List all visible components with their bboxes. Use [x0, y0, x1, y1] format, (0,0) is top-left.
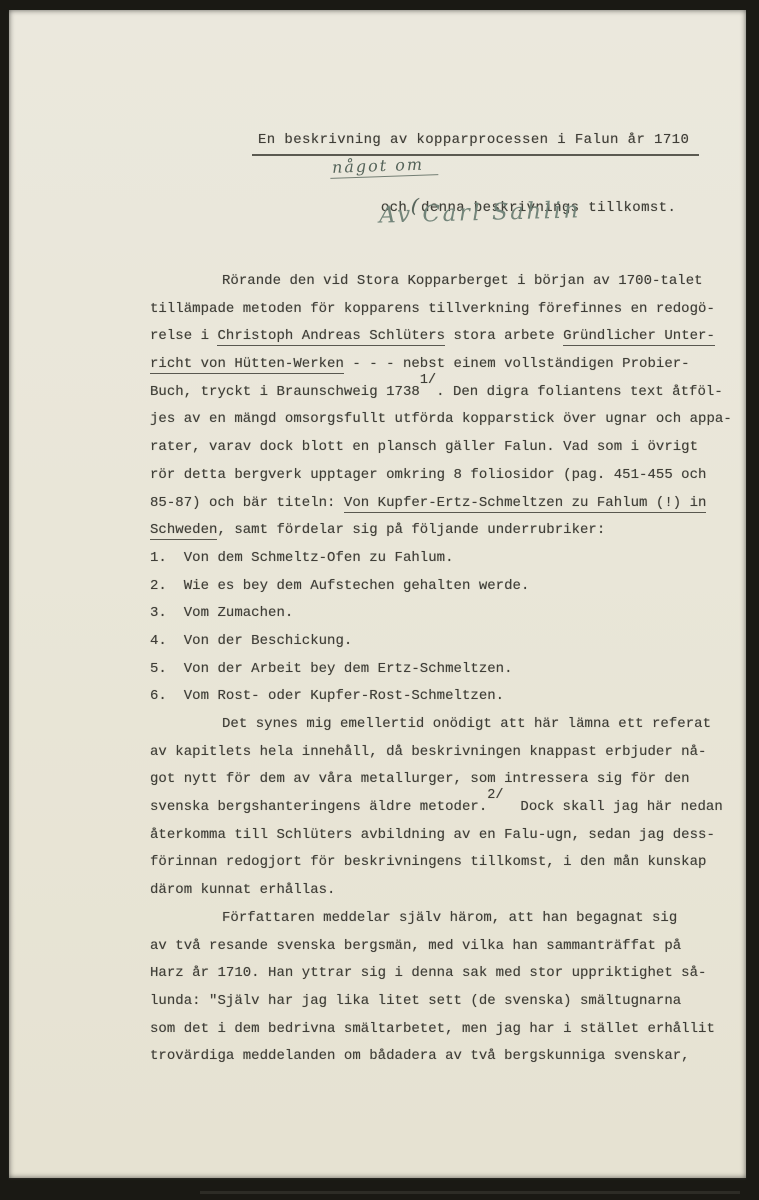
text-line: svenska bergshanteringens äldre metoder.…: [150, 794, 750, 822]
text-line: richt von Hütten-Werken - - - nebst eine…: [150, 351, 750, 379]
underlined-text: Von Kupfer-Ertz-Schmeltzen zu Fahlum (!)…: [344, 495, 707, 513]
text-line: därom kunnat erhållas.: [150, 877, 750, 905]
typed-text: förinnan redogjort för beskrivningens ti…: [150, 854, 706, 870]
text-line: 4. Von der Beschickung.: [150, 628, 750, 656]
typed-text: . Den digra foliantens text åtföl-: [436, 384, 723, 400]
typed-text: 6. Vom Rost- oder Kupfer-Rost-Schmeltzen…: [150, 688, 504, 704]
text-line: Författaren meddelar själv härom, att ha…: [150, 905, 750, 933]
typed-text: Buch, tryckt i Braunschweig 1738: [150, 384, 420, 400]
typed-text: av kapitlets hela innehåll, då beskrivni…: [150, 744, 706, 760]
typed-text: 85-87) och bär titeln:: [150, 495, 344, 511]
underlined-text: Christoph Andreas Schlüters: [217, 328, 445, 346]
typed-text: trovärdiga meddelanden om bådadera av tv…: [150, 1048, 690, 1064]
text-line: rater, varav dock blott en plansch gälle…: [150, 434, 750, 462]
handwritten-insertion: något om: [330, 154, 439, 179]
typed-text: därom kunnat erhållas.: [150, 882, 336, 898]
document-title: En beskrivning av kopparprocessen i Falu…: [252, 132, 699, 156]
typed-text: rater, varav dock blott en plansch gälle…: [150, 439, 698, 455]
typed-text: rör detta bergverk upptager omkring 8 fo…: [150, 467, 706, 483]
text-line: 3. Vom Zumachen.: [150, 600, 750, 628]
typed-text: lunda: "Själv har jag lika litet sett (d…: [150, 993, 681, 1009]
typed-text: 4. Von der Beschickung.: [150, 633, 352, 649]
typed-text: - - - nebst einem vollständigen Probier-: [344, 356, 690, 372]
text-line: Buch, tryckt i Braunschweig 17381/. Den …: [150, 379, 750, 407]
text-line: återkomma till Schlüters avbildning av e…: [150, 822, 750, 850]
scan-artifact-line: [200, 1191, 740, 1194]
typed-text: jes av en mängd omsorgsfullt utförda kop…: [150, 411, 732, 427]
text-line: Rörande den vid Stora Kopparberget i bör…: [150, 268, 750, 296]
text-line: 85-87) och bär titeln: Von Kupfer-Ertz-S…: [150, 490, 750, 518]
text-line: trovärdiga meddelanden om bådadera av tv…: [150, 1043, 750, 1071]
text-line: rör detta bergverk upptager omkring 8 fo…: [150, 462, 750, 490]
text-line: lunda: "Själv har jag lika litet sett (d…: [150, 988, 750, 1016]
typed-text: Harz år 1710. Han yttrar sig i denna sak…: [150, 965, 706, 981]
typed-text: got nytt för dem av våra metallurger, so…: [150, 771, 690, 787]
text-line: 1. Von dem Schmeltz-Ofen zu Fahlum.: [150, 545, 750, 573]
typed-text: stora arbete: [445, 328, 563, 344]
typed-text: Dock skall jag här nedan: [504, 799, 723, 815]
text-line: 2. Wie es bey dem Aufstechen gehalten we…: [150, 573, 750, 601]
document-page: En beskrivning av kopparprocessen i Falu…: [9, 10, 746, 1178]
underlined-text: Gründlicher Unter-: [563, 328, 715, 346]
typed-text: Rörande den vid Stora Kopparberget i bör…: [222, 273, 703, 289]
typed-text: av två resande svenska bergsmän, med vil…: [150, 938, 681, 954]
title-block: En beskrivning av kopparprocessen i Falu…: [252, 130, 699, 156]
byline-signature: Av Carl Sahlin: [379, 197, 581, 228]
text-line: 5. Von der Arbeit bey dem Ertz-Schmeltze…: [150, 656, 750, 684]
scan-background: En beskrivning av kopparprocessen i Falu…: [0, 0, 759, 1200]
footnote-marker: 1/: [420, 373, 436, 388]
typed-text: , samt fördelar sig på följande underrub…: [217, 522, 605, 538]
text-line: av två resande svenska bergsmän, med vil…: [150, 933, 750, 961]
text-line: förinnan redogjort för beskrivningens ti…: [150, 849, 750, 877]
text-line: tillämpade metoden för kopparens tillver…: [150, 296, 750, 324]
typed-text: 1. Von dem Schmeltz-Ofen zu Fahlum.: [150, 550, 454, 566]
typed-text: tillämpade metoden för kopparens tillver…: [150, 301, 715, 317]
text-line: Harz år 1710. Han yttrar sig i denna sak…: [150, 960, 750, 988]
footnote-marker: 2/: [487, 788, 503, 803]
typed-text: återkomma till Schlüters avbildning av e…: [150, 827, 715, 843]
text-line: 6. Vom Rost- oder Kupfer-Rost-Schmeltzen…: [150, 683, 750, 711]
text-line: av kapitlets hela innehåll, då beskrivni…: [150, 739, 750, 767]
text-line: Schweden, samt fördelar sig på följande …: [150, 517, 750, 545]
body-text: Rörande den vid Stora Kopparberget i bör…: [150, 268, 750, 1071]
typed-text: relse i: [150, 328, 217, 344]
text-line: Det synes mig emellertid onödigt att här…: [150, 711, 750, 739]
underlined-text: Schweden: [150, 522, 217, 540]
typed-text: Författaren meddelar själv härom, att ha…: [222, 910, 677, 926]
text-line: got nytt för dem av våra metallurger, so…: [150, 766, 750, 794]
typed-text: 5. Von der Arbeit bey dem Ertz-Schmeltze…: [150, 661, 513, 677]
typed-text: 2. Wie es bey dem Aufstechen gehalten we…: [150, 578, 529, 594]
text-line: relse i Christoph Andreas Schlüters stor…: [150, 323, 750, 351]
typed-text: svenska bergshanteringens äldre metoder.: [150, 799, 487, 815]
typed-text: 3. Vom Zumachen.: [150, 605, 293, 621]
text-line: jes av en mängd omsorgsfullt utförda kop…: [150, 406, 750, 434]
underlined-text: richt von Hütten-Werken: [150, 356, 344, 374]
typed-text: som det i dem bedrivna smältarbetet, men…: [150, 1021, 715, 1037]
typed-text: Det synes mig emellertid onödigt att här…: [222, 716, 711, 732]
text-line: som det i dem bedrivna smältarbetet, men…: [150, 1016, 750, 1044]
